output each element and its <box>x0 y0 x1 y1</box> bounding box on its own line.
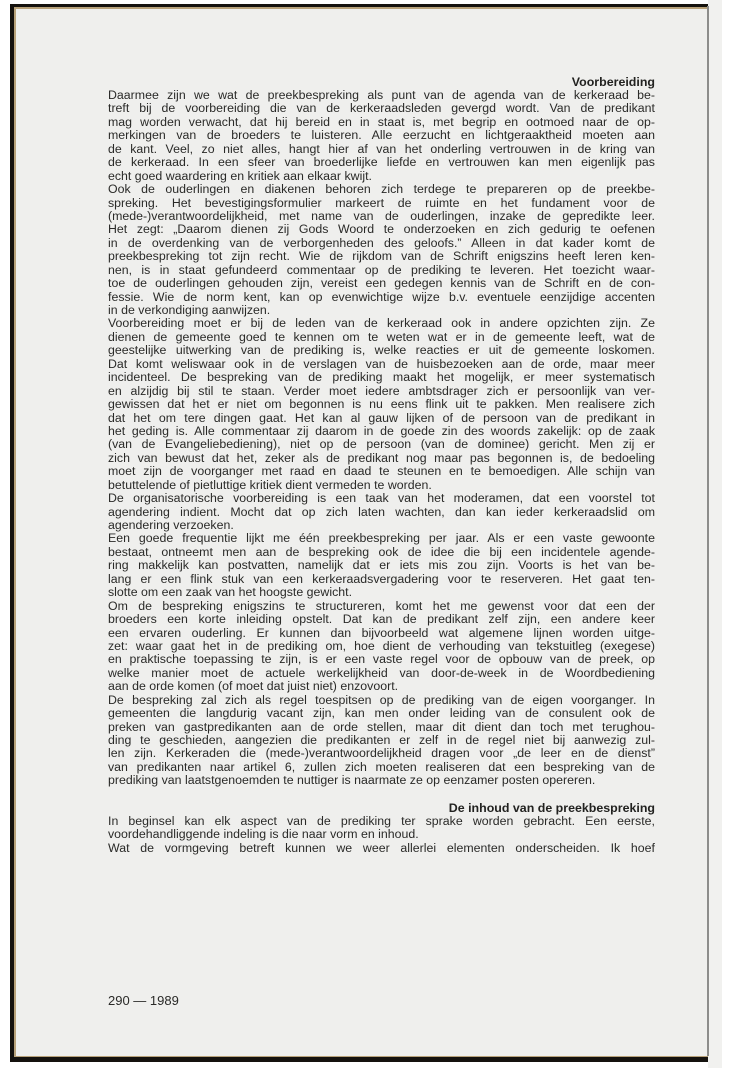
paragraph: Daarmee zijn we wat de preekbespreking a… <box>108 89 655 183</box>
paragraph: De organisatorische voorbereiding is een… <box>108 492 655 532</box>
text-line: Daarmee zijn we wat de preekbespreking a… <box>108 89 655 102</box>
text-line: preekbespreking tot zijn recht. Wie de r… <box>108 250 655 263</box>
text-line: dienen de gemeente goed te kennen om te … <box>108 331 655 344</box>
text-line: mag worden verwacht, dat hij bereid en i… <box>108 116 655 129</box>
text-line: (mede-)verantwoordelijkheid, met name va… <box>108 210 655 223</box>
text-line: gemeenten die langdurig vacant zijn, kan… <box>108 707 655 720</box>
section-heading: De inhoud van de preekbespreking <box>108 801 655 815</box>
text-line: en alzijdig bij stil te staan. Verder mo… <box>108 385 655 398</box>
section-heading: Voorbereiding <box>108 75 655 89</box>
document-body: VoorbereidingDaarmee zijn we wat de pree… <box>108 75 655 855</box>
section-gap <box>108 788 655 801</box>
text-line: dat het om tere dingen gaat. Het kan al … <box>108 412 655 425</box>
text-line: betuttelende of pietluttige kritiek dien… <box>108 479 655 492</box>
text-line: De organisatorische voorbereiding is een… <box>108 492 655 505</box>
text-line: geestelijke uitwerking van de prediking … <box>108 344 655 357</box>
paragraph: De bespreking zal zich als regel toespit… <box>108 694 655 788</box>
text-line: een ervaren ouderling. Er kunnen dan bij… <box>108 627 655 640</box>
text-line: in de verkondiging aanwijzen. <box>108 304 655 317</box>
paragraph: Een goede frequentie lijkt me één preekb… <box>108 532 655 599</box>
text-line: broeders een korte inleiding opstelt. Da… <box>108 613 655 626</box>
text-line: toe de ouderlingen gehouden zijn, vereis… <box>108 277 655 290</box>
text-line: merkingen van de broeders te luisteren. … <box>108 129 655 142</box>
text-line: Om de bespreking enigszins te structurer… <box>108 600 655 613</box>
text-line: in de overdenking van de verborgenheden … <box>108 237 655 250</box>
paragraph: In beginsel kan elk aspect van de predik… <box>108 815 655 842</box>
text-line: en praktische toepassing te zijn, is er … <box>108 653 655 666</box>
page-fold-line <box>707 6 709 1056</box>
text-line: voordehandliggende indeling is die naar … <box>108 828 655 841</box>
text-line: spreking. Het bevestigingsformulier mark… <box>108 197 655 210</box>
text-line: aan de orde komen (of moet dat juist nie… <box>108 680 655 693</box>
page-margin-strip <box>708 0 722 1068</box>
text-line: fessie. Wie de norm kent, kan op evenwic… <box>108 291 655 304</box>
text-line: Een goede frequentie lijkt me één preekb… <box>108 532 655 545</box>
text-line: gewissen dat het er niet om begonnen is … <box>108 398 655 411</box>
text-line: welke manier moet de actuele werkelijkhe… <box>108 667 655 680</box>
paragraph: Ook de ouderlingen en diakenen behoren z… <box>108 183 655 317</box>
text-line: de kant. Veel, zo niet alles, hangt hier… <box>108 143 655 156</box>
text-line: Wat de vormgeving betreft kunnen we weer… <box>108 842 655 855</box>
paragraph: Om de bespreking enigszins te structurer… <box>108 600 655 694</box>
text-line: agendering indient. Mocht dat op zich la… <box>108 506 655 519</box>
paragraph: Voorbereiding moet er bij de leden van d… <box>108 317 655 492</box>
text-line: echt goed waardering en kritiek aan elka… <box>108 170 655 183</box>
text-line: van predikanten naar artikel 6, zullen z… <box>108 761 655 774</box>
paragraph: Wat de vormgeving betreft kunnen we weer… <box>108 842 655 855</box>
text-line: bestaat, ontneemt men aan de bespreking … <box>108 546 655 559</box>
text-line: Voorbereiding moet er bij de leden van d… <box>108 317 655 330</box>
text-line: het geding is. Alle commentaar zij daaro… <box>108 425 655 438</box>
text-line: moet zijn de voorganger met raad en daad… <box>108 465 655 478</box>
text-line: ding te geschieden, aangezien die predik… <box>108 734 655 747</box>
text-line: agendering verzoeken. <box>108 519 655 532</box>
text-line: Het zegt: „Daarom dienen zij Gods Woord … <box>108 223 655 236</box>
text-line: len zijn. Kerkeraden die (mede-)verantwo… <box>108 747 655 760</box>
text-line: slotte om een zaak van het hoogste gewic… <box>108 586 655 599</box>
text-line: prediking van laatstgenoemden te nuttige… <box>108 774 655 787</box>
text-line: ring makkelijk kan postvatten, namelijk … <box>108 559 655 572</box>
text-line: Ook de ouderlingen en diakenen behoren z… <box>108 183 655 196</box>
text-line: treft bij de voorbereiding die van de ke… <box>108 102 655 115</box>
text-line: de kerkeraad. In een sfeer van broederli… <box>108 156 655 169</box>
text-line: De bespreking zal zich als regel toespit… <box>108 694 655 707</box>
text-line: zich van bewust dat het, zeker als de pr… <box>108 452 655 465</box>
text-line: Dat komt weliswaar ook in de verslagen v… <box>108 358 655 371</box>
text-line: (van de Evangeliebediening), niet op de … <box>108 438 655 451</box>
text-line: incidenteel. De bespreking van de predik… <box>108 371 655 384</box>
text-line: zet: waar gaat het in de prediking om, h… <box>108 640 655 653</box>
text-line: preken van gastpredikanten aan de orde s… <box>108 721 655 734</box>
text-line: In beginsel kan elk aspect van de predik… <box>108 815 655 828</box>
text-line: lang er een flink stuk van een kerkeraad… <box>108 573 655 586</box>
text-line: nen, is in staat gefundeerd commentaar o… <box>108 264 655 277</box>
page-number: 290 — 1989 <box>108 993 179 1008</box>
